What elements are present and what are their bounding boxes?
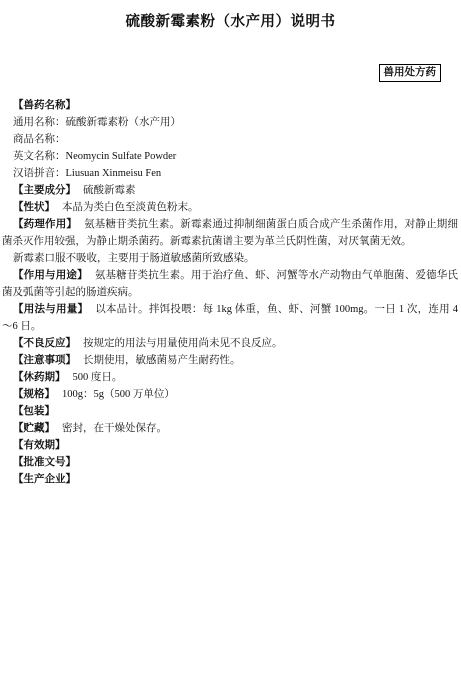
page-title: 硫酸新霉素粉（水产用）说明书 — [0, 0, 461, 31]
section-text: 商品名称： — [13, 134, 66, 145]
section-text: 汉语拼音：Liusuan Xinmeisu Fen — [13, 168, 161, 179]
section-main-ingredient: 【主要成分】硫酸新霉素 — [2, 182, 458, 199]
section-text: 500 度日。 — [73, 372, 123, 383]
section-text: 100g：5g（500 万单位） — [62, 389, 175, 400]
section-label: 【兽药名称】 — [13, 100, 76, 111]
section-label: 【主要成分】 — [13, 185, 76, 196]
section-label: 【注意事项】 — [13, 355, 76, 366]
section-approval-number: 【批准文号】 — [2, 454, 458, 471]
section-adverse-reactions: 【不良反应】按规定的用法与用量使用尚未见不良反应。 — [2, 335, 458, 352]
section-label: 【不良反应】 — [13, 338, 76, 349]
section-label: 【包装】 — [13, 406, 55, 417]
section-text: 密封，在干燥处保存。 — [62, 423, 167, 434]
field-generic-name: 通用名称：硫酸新霉素粉（水产用） — [2, 114, 458, 131]
section-label: 【作用与用途】 — [13, 270, 88, 281]
section-label: 【规格】 — [13, 389, 55, 400]
section-text: 长期使用，敏感菌易产生耐药性。 — [83, 355, 241, 366]
section-drug-name-heading: 【兽药名称】 — [2, 97, 458, 114]
section-manufacturer: 【生产企业】 — [2, 471, 458, 488]
section-specification: 【规格】100g：5g（500 万单位） — [2, 386, 458, 403]
badge-row: 兽用处方药 — [0, 62, 461, 82]
section-withdrawal-period: 【休药期】500 度日。 — [2, 369, 458, 386]
field-trade-name: 商品名称： — [2, 131, 458, 148]
section-label: 【有效期】 — [13, 440, 66, 451]
section-description: 【性状】本品为类白色至淡黄色粉末。 — [2, 199, 458, 216]
section-dosage: 【用法与用量】以本品计。拌饵投喂：每 1kg 体重，鱼、虾、河蟹 100mg。一… — [2, 301, 458, 335]
section-storage: 【贮藏】密封，在干燥处保存。 — [2, 420, 458, 437]
document-page: 硫酸新霉素粉（水产用）说明书 兽用处方药 【兽药名称】 通用名称：硫酸新霉素粉（… — [0, 0, 461, 678]
section-label: 【性状】 — [13, 202, 55, 213]
section-label: 【休药期】 — [13, 372, 66, 383]
section-packaging: 【包装】 — [2, 403, 458, 420]
document-body: 【兽药名称】 通用名称：硫酸新霉素粉（水产用） 商品名称： 英文名称：Neomy… — [0, 97, 461, 488]
field-english-name: 英文名称：Neomycin Sulfate Powder — [2, 148, 458, 165]
section-text: 本品为类白色至淡黄色粉末。 — [62, 202, 199, 213]
section-label: 【生产企业】 — [13, 474, 76, 485]
section-text: 英文名称：Neomycin Sulfate Powder — [13, 151, 176, 162]
section-label: 【批准文号】 — [13, 457, 76, 468]
section-text: 硫酸新霉素 — [83, 185, 136, 196]
section-indications: 【作用与用途】氨基糖苷类抗生素。用于治疗鱼、虾、河蟹等水产动物由气单胞菌、爱德华… — [2, 267, 458, 301]
section-label: 【药理作用】 — [13, 219, 77, 230]
section-text: 按规定的用法与用量使用尚未见不良反应。 — [83, 338, 283, 349]
section-text: 通用名称：硫酸新霉素粉（水产用） — [13, 117, 181, 128]
field-pinyin-name: 汉语拼音：Liusuan Xinmeisu Fen — [2, 165, 458, 182]
section-expiry: 【有效期】 — [2, 437, 458, 454]
section-label: 【贮藏】 — [13, 423, 55, 434]
section-pharmacology: 【药理作用】氨基糖苷类抗生素。新霉素通过抑制细菌蛋白质合成产生杀菌作用，对静止期… — [2, 216, 458, 250]
section-precautions: 【注意事项】长期使用，敏感菌易产生耐药性。 — [2, 352, 458, 369]
section-label: 【用法与用量】 — [13, 304, 88, 315]
prescription-badge: 兽用处方药 — [379, 64, 442, 82]
section-pharmacology-continued: 新霉素口服不吸收，主要用于肠道敏感菌所致感染。 — [2, 250, 458, 267]
section-text: 新霉素口服不吸收，主要用于肠道敏感菌所致感染。 — [13, 253, 255, 264]
